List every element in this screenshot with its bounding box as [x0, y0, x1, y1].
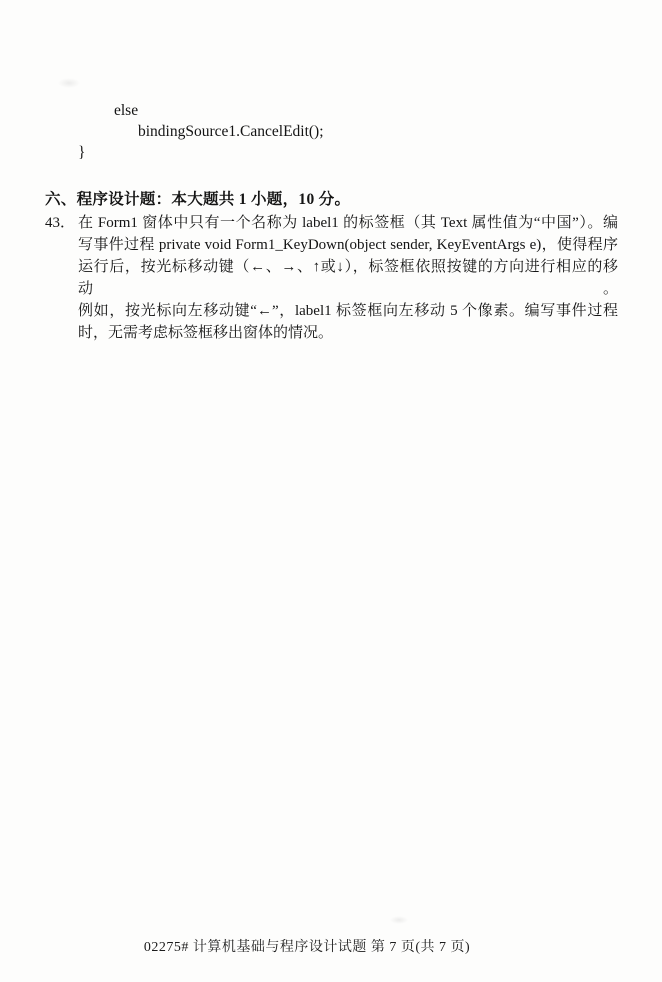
scan-smudge: [390, 916, 408, 924]
code-line-canceledit: bindingSource1.CancelEdit();: [138, 123, 324, 141]
code-line-closing-brace: }: [78, 144, 85, 162]
question-43: 43．在 Form1 窗体中只有一个名称为 label1 的标签框（其 Text…: [78, 212, 618, 344]
code-line-else: else: [114, 102, 138, 120]
question-text-line-2: 写事件过程 private void Form1_KeyDown(object …: [78, 234, 618, 256]
scan-smudge: [58, 78, 80, 88]
question-text-line-4: 例如，按光标向左移动键“←”，label1 标签框向左移动 5 个像素。编写事件…: [78, 300, 618, 322]
question-number: 43．: [45, 212, 75, 234]
question-text-line-1: 在 Form1 窗体中只有一个名称为 label1 的标签框（其 Text 属性…: [78, 215, 618, 231]
section-title: 六、程序设计题：本大题共 1 小题，10 分。: [45, 187, 350, 209]
scanned-exam-page: { "code": { "lines": [ "else", "bindingS…: [0, 0, 662, 982]
exam-page: else bindingSource1.CancelEdit(); } 六、程序…: [0, 0, 662, 982]
question-text-line-5: 时，无需考虑标签框移出窗体的情况。: [78, 322, 618, 344]
page-footer: 02275# 计算机基础与程序设计试题 第 7 页(共 7 页): [144, 936, 470, 956]
question-text-line-3: 运行后，按光标移动键（←、→、↑或↓），标签框依照按键的方向进行相应的移动。: [78, 256, 618, 300]
question-line: 43．在 Form1 窗体中只有一个名称为 label1 的标签框（其 Text…: [78, 212, 618, 234]
